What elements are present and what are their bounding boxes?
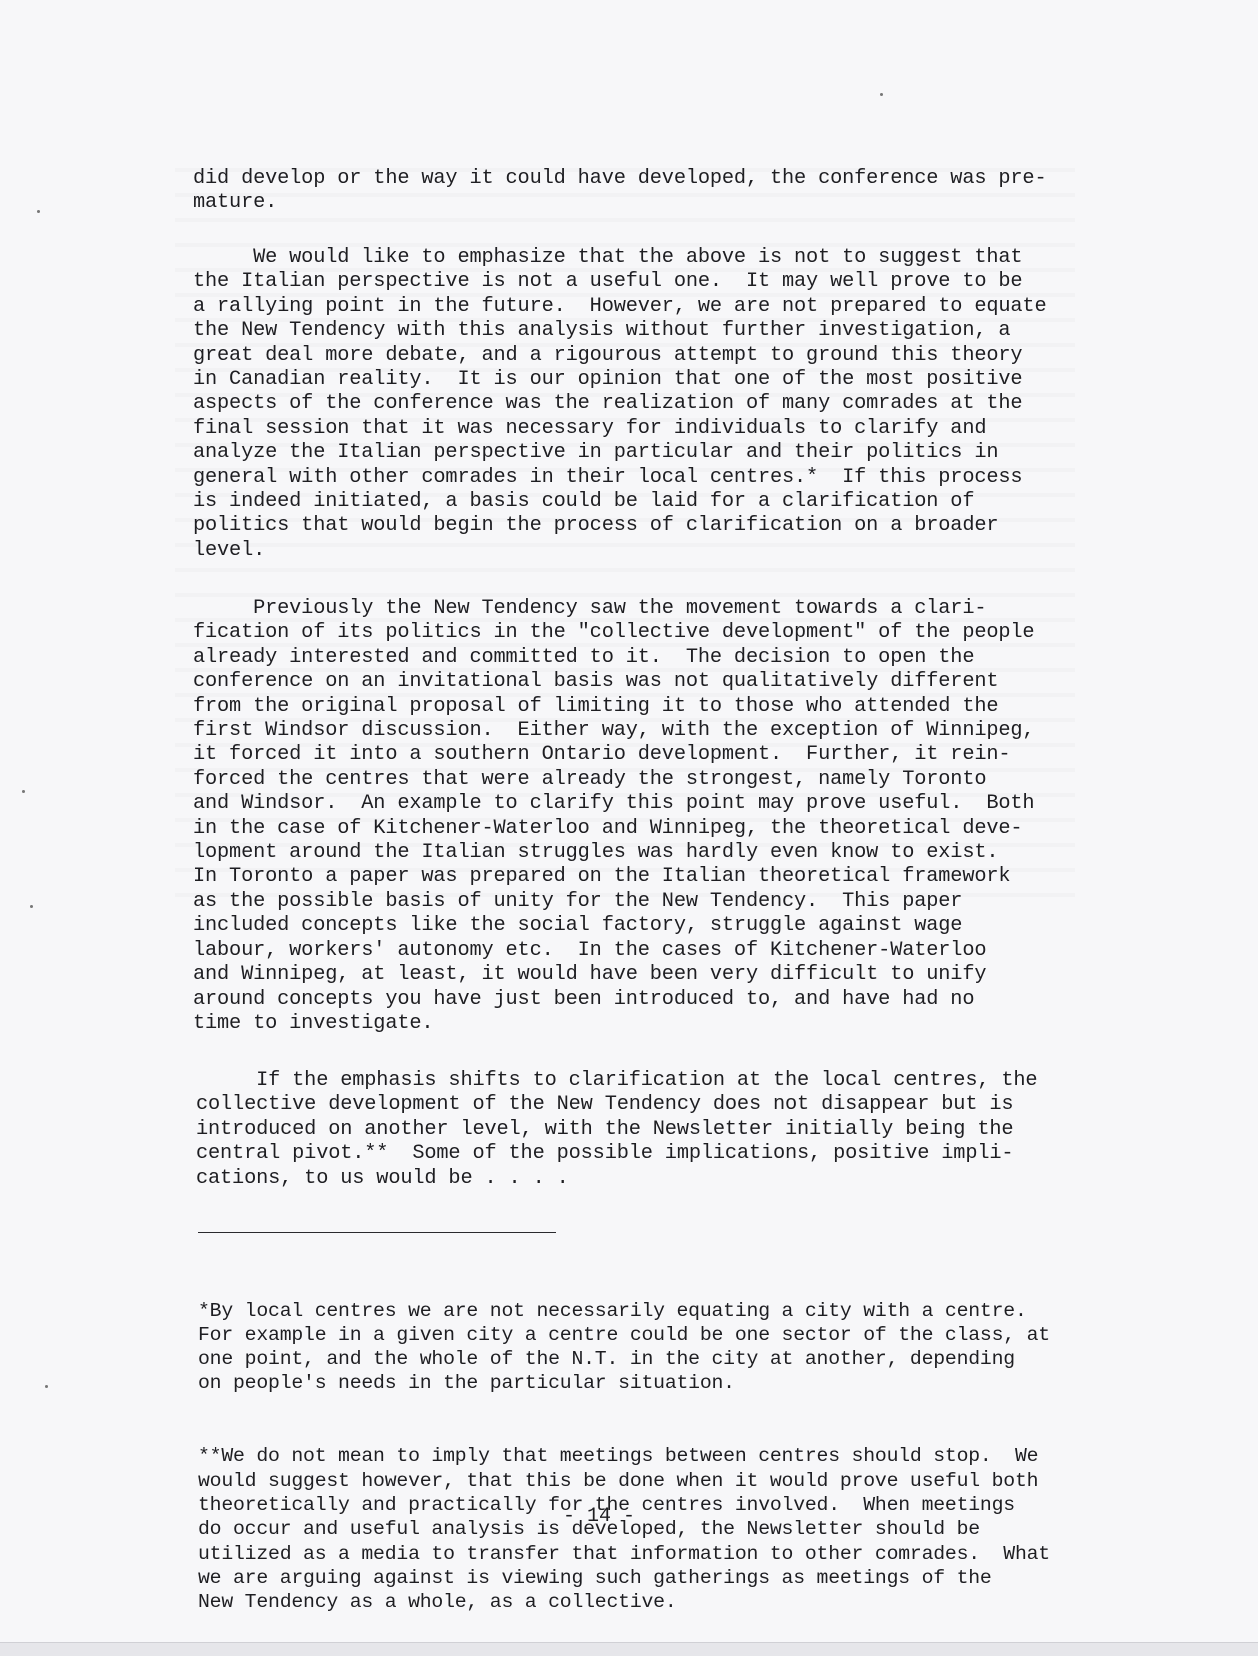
text-line: If the emphasis shifts to clarification …	[196, 1069, 1037, 1093]
paragraph-4: If the emphasis shifts to clarification …	[196, 1069, 1037, 1191]
footnote-2: **We do not mean to imply that meetings …	[198, 1444, 1050, 1614]
text-line: and Winnipeg, at least, it would have be…	[193, 963, 1034, 987]
text-line: analyze the Italian perspective in parti…	[193, 441, 1046, 465]
text-line: mature.	[193, 191, 1046, 215]
text-line: is indeed initiated, a basis could be la…	[193, 490, 1046, 514]
text-line: In Toronto a paper was prepared on the I…	[193, 865, 1034, 889]
text-line: central pivot.** Some of the possible im…	[196, 1142, 1037, 1166]
scan-speck	[22, 790, 25, 793]
text-line: from the original proposal of limiting i…	[193, 695, 1034, 719]
text-line: collective development of the New Tenden…	[196, 1093, 1037, 1117]
text-line: cations, to us would be . . . .	[196, 1167, 1037, 1191]
text-line: Previously the New Tendency saw the move…	[193, 597, 1034, 621]
text-line: on people's needs in the particular situ…	[198, 1371, 1050, 1395]
text-line: great deal more debate, and a rigourous …	[193, 344, 1046, 368]
text-line: included concepts like the social factor…	[193, 914, 1034, 938]
scan-speck	[37, 210, 40, 213]
text-line: We would like to emphasize that the abov…	[193, 246, 1046, 270]
footnotes: *By local centres we are not necessarily…	[198, 1250, 1050, 1656]
text-line: the Italian perspective is not a useful …	[193, 270, 1046, 294]
text-line: did develop or the way it could have dev…	[193, 167, 1046, 191]
scan-speck	[30, 905, 33, 908]
paragraph-3: Previously the New Tendency saw the move…	[193, 597, 1034, 1036]
text-line: already interested and committed to it. …	[193, 646, 1034, 670]
scan-speck	[880, 93, 883, 96]
page-edge	[0, 1642, 1258, 1656]
footnote-1: *By local centres we are not necessarily…	[198, 1299, 1050, 1396]
scan-speck	[45, 1385, 48, 1388]
text-line: labour, workers' autonomy etc. In the ca…	[193, 939, 1034, 963]
text-line: time to investigate.	[193, 1012, 1034, 1036]
text-line: in the case of Kitchener-Waterloo and Wi…	[193, 817, 1034, 841]
text-line: **We do not mean to imply that meetings …	[198, 1444, 1050, 1468]
text-line: in Canadian reality. It is our opinion t…	[193, 368, 1046, 392]
text-line: For example in a given city a centre cou…	[198, 1323, 1050, 1347]
text-line: first Windsor discussion. Either way, wi…	[193, 719, 1034, 743]
text-line: and Windsor. An example to clarify this …	[193, 792, 1034, 816]
text-line: one point, and the whole of the N.T. in …	[198, 1347, 1050, 1371]
text-line: it forced it into a southern Ontario dev…	[193, 743, 1034, 767]
footnote-separator	[198, 1232, 556, 1233]
text-line: New Tendency as a whole, as a collective…	[198, 1590, 1050, 1614]
text-line: lopment around the Italian struggles was…	[193, 841, 1034, 865]
text-line: general with other comrades in their loc…	[193, 466, 1046, 490]
paragraph-2: We would like to emphasize that the abov…	[193, 246, 1046, 563]
text-line: would suggest however, that this be done…	[198, 1469, 1050, 1493]
text-line: *By local centres we are not necessarily…	[198, 1299, 1050, 1323]
text-line: forced the centres that were already the…	[193, 768, 1034, 792]
text-line: conference on an invitational basis was …	[193, 670, 1034, 694]
text-line: a rallying point in the future. However,…	[193, 295, 1046, 319]
text-line: aspects of the conference was the realiz…	[193, 392, 1046, 416]
text-line: as the possible basis of unity for the N…	[193, 890, 1034, 914]
text-line: the New Tendency with this analysis with…	[193, 319, 1046, 343]
document-page: did develop or the way it could have dev…	[0, 0, 1258, 1656]
text-line: utilized as a media to transfer that inf…	[198, 1542, 1050, 1566]
text-line: introduced on another level, with the Ne…	[196, 1118, 1037, 1142]
text-line: politics that would begin the process of…	[193, 514, 1046, 538]
paragraph-1: did develop or the way it could have dev…	[193, 167, 1046, 216]
page-number: - 14 -	[563, 1505, 635, 1528]
text-line: final session that it was necessary for …	[193, 417, 1046, 441]
text-line: level.	[193, 539, 1046, 563]
text-line: we are arguing against is viewing such g…	[198, 1566, 1050, 1590]
text-line: around concepts you have just been intro…	[193, 988, 1034, 1012]
text-line: fication of its politics in the "collect…	[193, 621, 1034, 645]
